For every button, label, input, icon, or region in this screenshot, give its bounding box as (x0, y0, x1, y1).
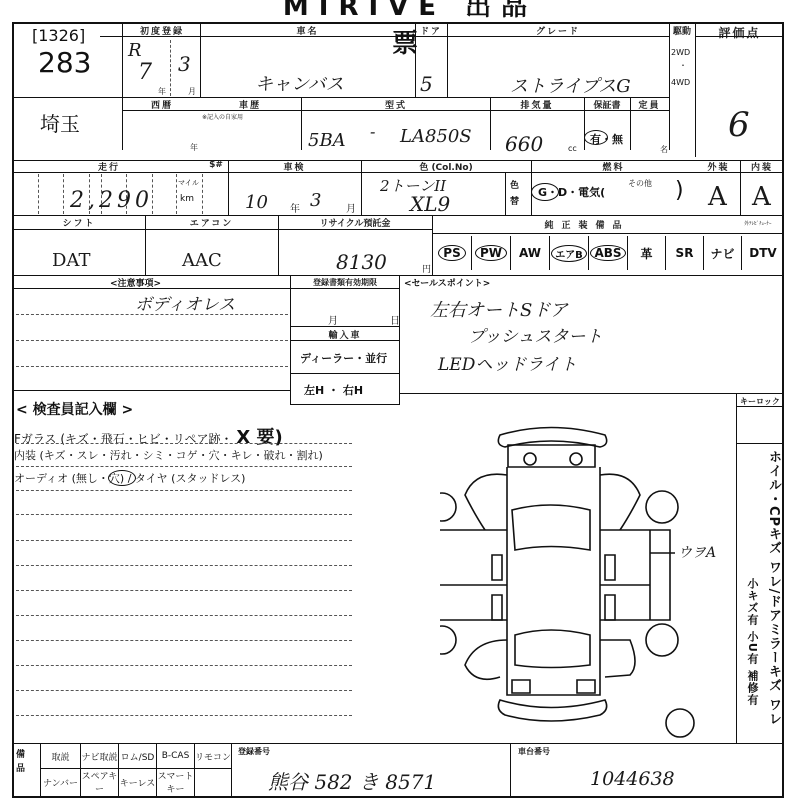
equip-airbag: エアB (549, 236, 588, 270)
notes-value: ボディオレス (135, 290, 235, 315)
first-reg-era: R (128, 40, 142, 61)
acc-remote: リモコン (194, 744, 232, 768)
drive-dot: ・ (679, 60, 687, 71)
cc-unit: cc (568, 144, 577, 153)
grade-value: ストライプスG (510, 72, 631, 98)
equip-leather: 革 (627, 236, 665, 270)
exterior-grade: A (708, 182, 727, 212)
lot-number: 283 (38, 46, 91, 79)
equip-navi: ナビ (703, 236, 741, 270)
color-change-label: 色替 (510, 178, 522, 210)
exterior-header: 外装 (697, 160, 740, 173)
accessories-label: 備品 (16, 748, 26, 776)
drive-4wd: 4WD (671, 78, 690, 87)
mileage-header: 走行 (14, 160, 204, 173)
inspection-month-unit: 月 (346, 200, 356, 215)
displacement-header: 排気量 (490, 98, 584, 111)
drive-header: 駆動 (669, 24, 695, 37)
mileage-flag: $# (204, 160, 228, 170)
side-legend-right: ホイル・CPキズ ワレ/ドアミラーキズ ワレ (764, 450, 783, 740)
first-reg-year: 7 (138, 60, 152, 85)
year-unit: 年 (158, 86, 166, 97)
doors-value: 5 (420, 72, 433, 96)
inspector-line-glass: Fガラス (キズ・飛石・ヒビ・リペア跡・ X 要) (14, 423, 283, 449)
car-name-header: 車名 (200, 24, 415, 37)
model-prefix: 5BA (308, 130, 346, 151)
sales-point-3: LEDヘッドライト (438, 350, 577, 375)
equip-sunroof: SR (665, 236, 703, 270)
sales-points-header: <セールスポイント> (404, 276, 490, 289)
km-unit: km (180, 194, 194, 204)
equip-abs: ABS (588, 236, 627, 270)
equip-aw: AW (510, 236, 549, 270)
grade-header: グレード (447, 24, 669, 37)
damage-note: ウヲA (678, 542, 716, 562)
tv-tuner-header: 外ﾃﾚﾋﾞﾁｭｰﾅｰ (744, 220, 772, 227)
chassis-number-label: 車台番号 (518, 746, 550, 757)
score-value: 6 (728, 105, 750, 145)
drive-2wd: 2WD (671, 48, 690, 57)
color-code: XL9 (410, 192, 450, 216)
inspection-year-unit: 年 (290, 200, 300, 215)
shift-value: DAT (52, 250, 90, 271)
yen-unit: 円 (422, 262, 431, 275)
score-header: 評価点 (697, 24, 782, 41)
warranty-header: 保証書 (584, 98, 630, 111)
recycle-fee: 8130 (336, 250, 387, 274)
acc-keyless: キーレス (118, 768, 156, 796)
model-header: 型式 (301, 98, 491, 111)
fuel-options: G・D・電気( (538, 184, 605, 200)
car-diagram[interactable] (440, 415, 730, 745)
equip-dtv: DTV (741, 236, 784, 270)
mile-unit: マイル (178, 178, 199, 188)
doors-header: ドア (415, 24, 447, 37)
model-code: LA850S (400, 126, 472, 147)
acc-empty (194, 768, 232, 796)
sales-point-1: 左右オートSドア (430, 296, 568, 322)
fuel-close: ) (675, 178, 684, 203)
acc-bcas: B-CAS (156, 744, 194, 768)
recycle-header: リサイクル預託金 (278, 216, 432, 229)
car-history-header: 車歴 (200, 98, 300, 111)
shift-header: シフト (14, 216, 144, 229)
plate-number-value: 熊谷 582 き 8571 (268, 766, 436, 795)
registration-expiry-header: 登録書類有効期限 (290, 277, 400, 288)
car-name-value: キャンバス (255, 70, 344, 96)
warranty-options: 有・無 (590, 131, 623, 147)
displacement-value: 660 (505, 132, 543, 156)
interior-grade: A (752, 182, 771, 212)
acc-rom-sd: ロム/SD (118, 744, 156, 768)
inspector-header: < 検査員記入欄 > (16, 399, 133, 419)
expiry-day-unit: 日 (390, 312, 400, 327)
first-reg-month: 3 (178, 52, 191, 76)
year-west-header: 西暦 (124, 98, 200, 111)
aircon-value: AAC (182, 250, 222, 271)
import-hand: 左H ・ 右H (304, 382, 363, 398)
prefecture: 埼玉 (40, 108, 80, 137)
equipment-header: 純正装備品 (432, 218, 742, 231)
interior-header: 内装 (740, 160, 784, 173)
lot-bracket: [1326] (32, 26, 85, 45)
month-unit: 月 (188, 86, 196, 97)
acc-manual: 取説 (40, 744, 80, 768)
inspection-year: 10 (245, 192, 268, 213)
import-dealer: ディーラー・並行 (300, 350, 387, 366)
model-dash: - (370, 122, 375, 141)
glass-mark: X 要) (236, 427, 282, 448)
sales-point-2: プッシュスタート (468, 322, 602, 347)
acc-smart-key: スマートキー (156, 768, 194, 796)
acc-spare-key: スペアキー (80, 768, 118, 796)
acc-number: ナンバー (40, 768, 80, 796)
mileage-value: 2,290 (70, 188, 153, 213)
first-reg-header: 初度登録 (124, 24, 200, 37)
capacity-header: 定員 (630, 98, 669, 111)
plate-number-label: 登録番号 (238, 746, 270, 757)
inspection-month: 3 (310, 190, 321, 211)
inspection-header: 車検 (228, 160, 361, 173)
expiry-month-unit: 月 (328, 312, 338, 327)
audio-circle (108, 470, 136, 486)
side-legend-left: 小キズ有 小U有 補修有 (744, 578, 760, 740)
equip-pw: PW (471, 236, 510, 270)
persons-unit: 名 (660, 144, 668, 155)
inspector-line-interior: 内装 (キズ・スレ・汚れ・シミ・コゲ・穴・キレ・破れ・割れ) (14, 447, 323, 463)
west-year-unit: 年 (190, 142, 198, 153)
car-history-sub: ※記入の自家用 (202, 112, 243, 121)
fuel-other: その他 (628, 178, 652, 189)
acc-navi-manual: ナビ取説 (80, 744, 118, 768)
equip-ps: PS (432, 236, 471, 270)
chassis-number-value: 1044638 (590, 768, 675, 790)
fuel-header: 燃料 (531, 160, 696, 173)
aircon-header: エアコン (145, 216, 278, 229)
